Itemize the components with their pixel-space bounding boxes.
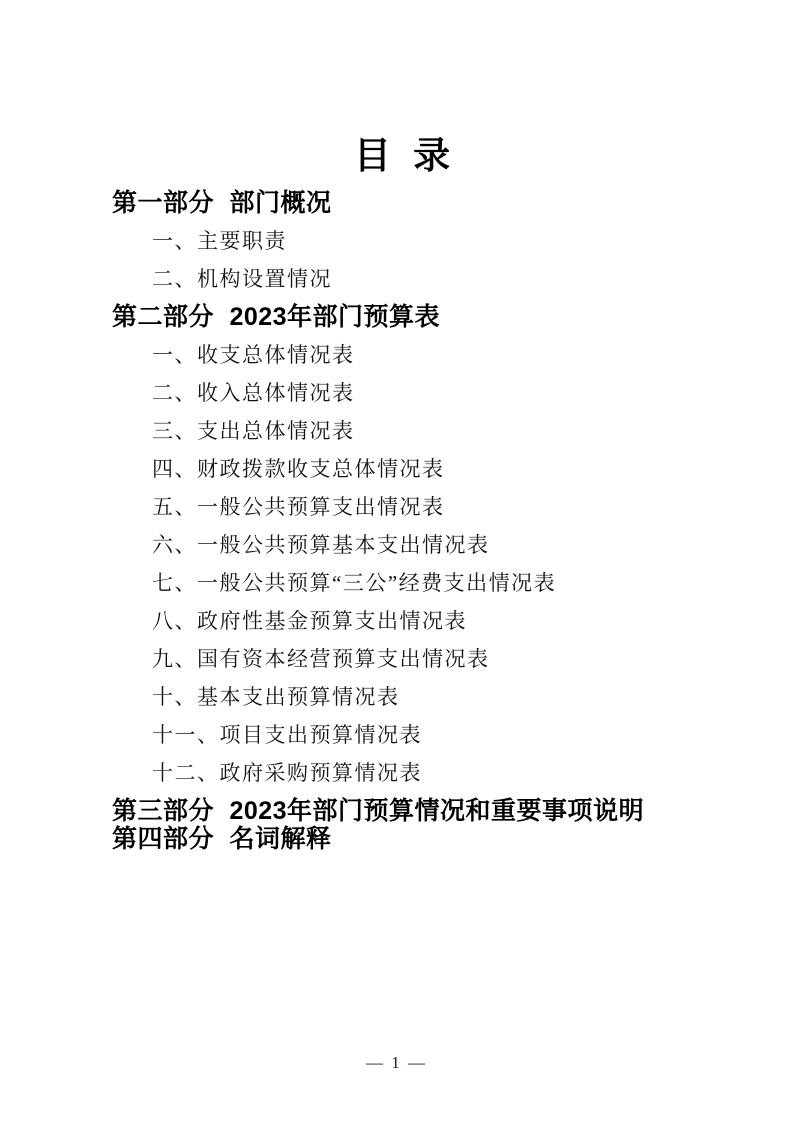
toc-section-heading-part2: 第二部分 2023年部门预算表 (112, 298, 693, 336)
toc-item: 二、收入总体情况表 (112, 374, 693, 412)
toc-section-heading-part1: 第一部分 部门概况 (112, 184, 693, 222)
toc-item: 四、财政拨款收支总体情况表 (112, 450, 693, 488)
toc-item: 一、主要职责 (112, 222, 693, 260)
toc-item: 五、一般公共预算支出情况表 (112, 488, 693, 526)
toc-item: 十二、政府采购预算情况表 (112, 754, 693, 792)
toc-item: 一、收支总体情况表 (112, 336, 693, 374)
toc-item: 六、一般公共预算基本支出情况表 (112, 526, 693, 564)
page-number: — 1 — (0, 1053, 793, 1073)
toc-item: 九、国有资本经营预算支出情况表 (112, 640, 693, 678)
document-page: 目 录 第一部分 部门概况 一、主要职责 二、机构设置情况 第二部分 2023年… (0, 0, 793, 1122)
table-of-contents: 目 录 第一部分 部门概况 一、主要职责 二、机构设置情况 第二部分 2023年… (112, 136, 693, 858)
toc-item: 八、政府性基金预算支出情况表 (112, 602, 693, 640)
toc-item: 三、支出总体情况表 (112, 412, 693, 450)
toc-item: 二、机构设置情况 (112, 260, 693, 298)
page-title: 目 录 (112, 136, 693, 176)
toc-item: 十、基本支出预算情况表 (112, 678, 693, 716)
toc-item: 十一、项目支出预算情况表 (112, 716, 693, 754)
toc-item: 七、一般公共预算“三公”经费支出情况表 (112, 564, 693, 602)
